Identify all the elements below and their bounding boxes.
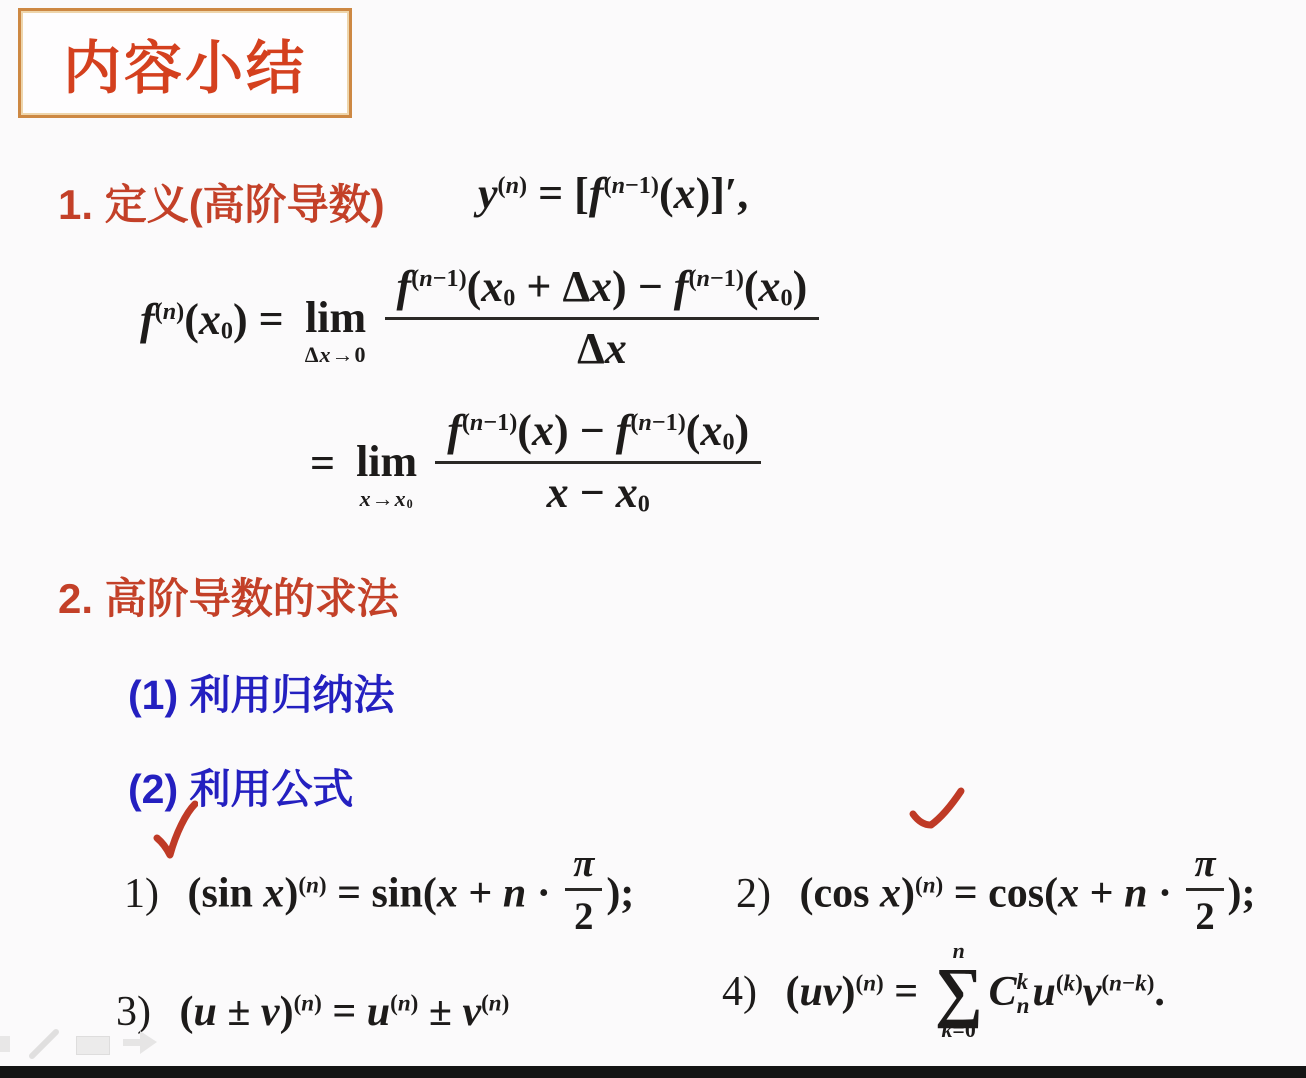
partial-icon [0,1036,10,1052]
arrow-icon[interactable] [120,1028,160,1063]
rectangle-icon[interactable] [76,1036,110,1055]
annotation-toolbar [0,1024,175,1068]
formula-sum-difference-rule: 3) (u ± v)(n) = u(n) ± v(n) [116,988,509,1036]
formula-limit-delta-x: f(n)(x0) = limΔx→0f(n−1)(x0 + Δx) − f(n−… [140,268,827,380]
title-box: 内容小结 [18,8,352,118]
formula-leibniz-product-rule: 4) (uv)(n) = n∑k=0Cknu(k)v(n−k). [722,945,1165,1046]
section-1-heading: 1. 定义(高阶导数) [58,172,385,232]
bottom-bar [0,1066,1306,1078]
pen-icon[interactable] [28,1028,62,1065]
checkmark-icon [908,786,966,837]
formula-recursive-definition: y(n) = [f(n−1)(x)]′, [478,168,748,219]
page-title: 内容小结 [63,21,307,105]
formula-sin-nth-derivative: 1) (sin x)(n) = sin(x + n · π2); [124,848,634,946]
formula-cos-nth-derivative: 2) (cos x)(n) = cos(x + n · π2); [736,848,1256,946]
section-2-heading: 2. 高阶导数的求法 [58,566,399,626]
formula-limit-x-to-x0: = limx→x0f(n−1)(x) − f(n−1)(x0)x − x0 [310,412,769,524]
slide: 内容小结 1. 定义(高阶导数) y(n) = [f(n−1)(x)]′, f(… [0,0,1306,1078]
method-item-induction: (1) 利用归纳法 [128,662,395,721]
